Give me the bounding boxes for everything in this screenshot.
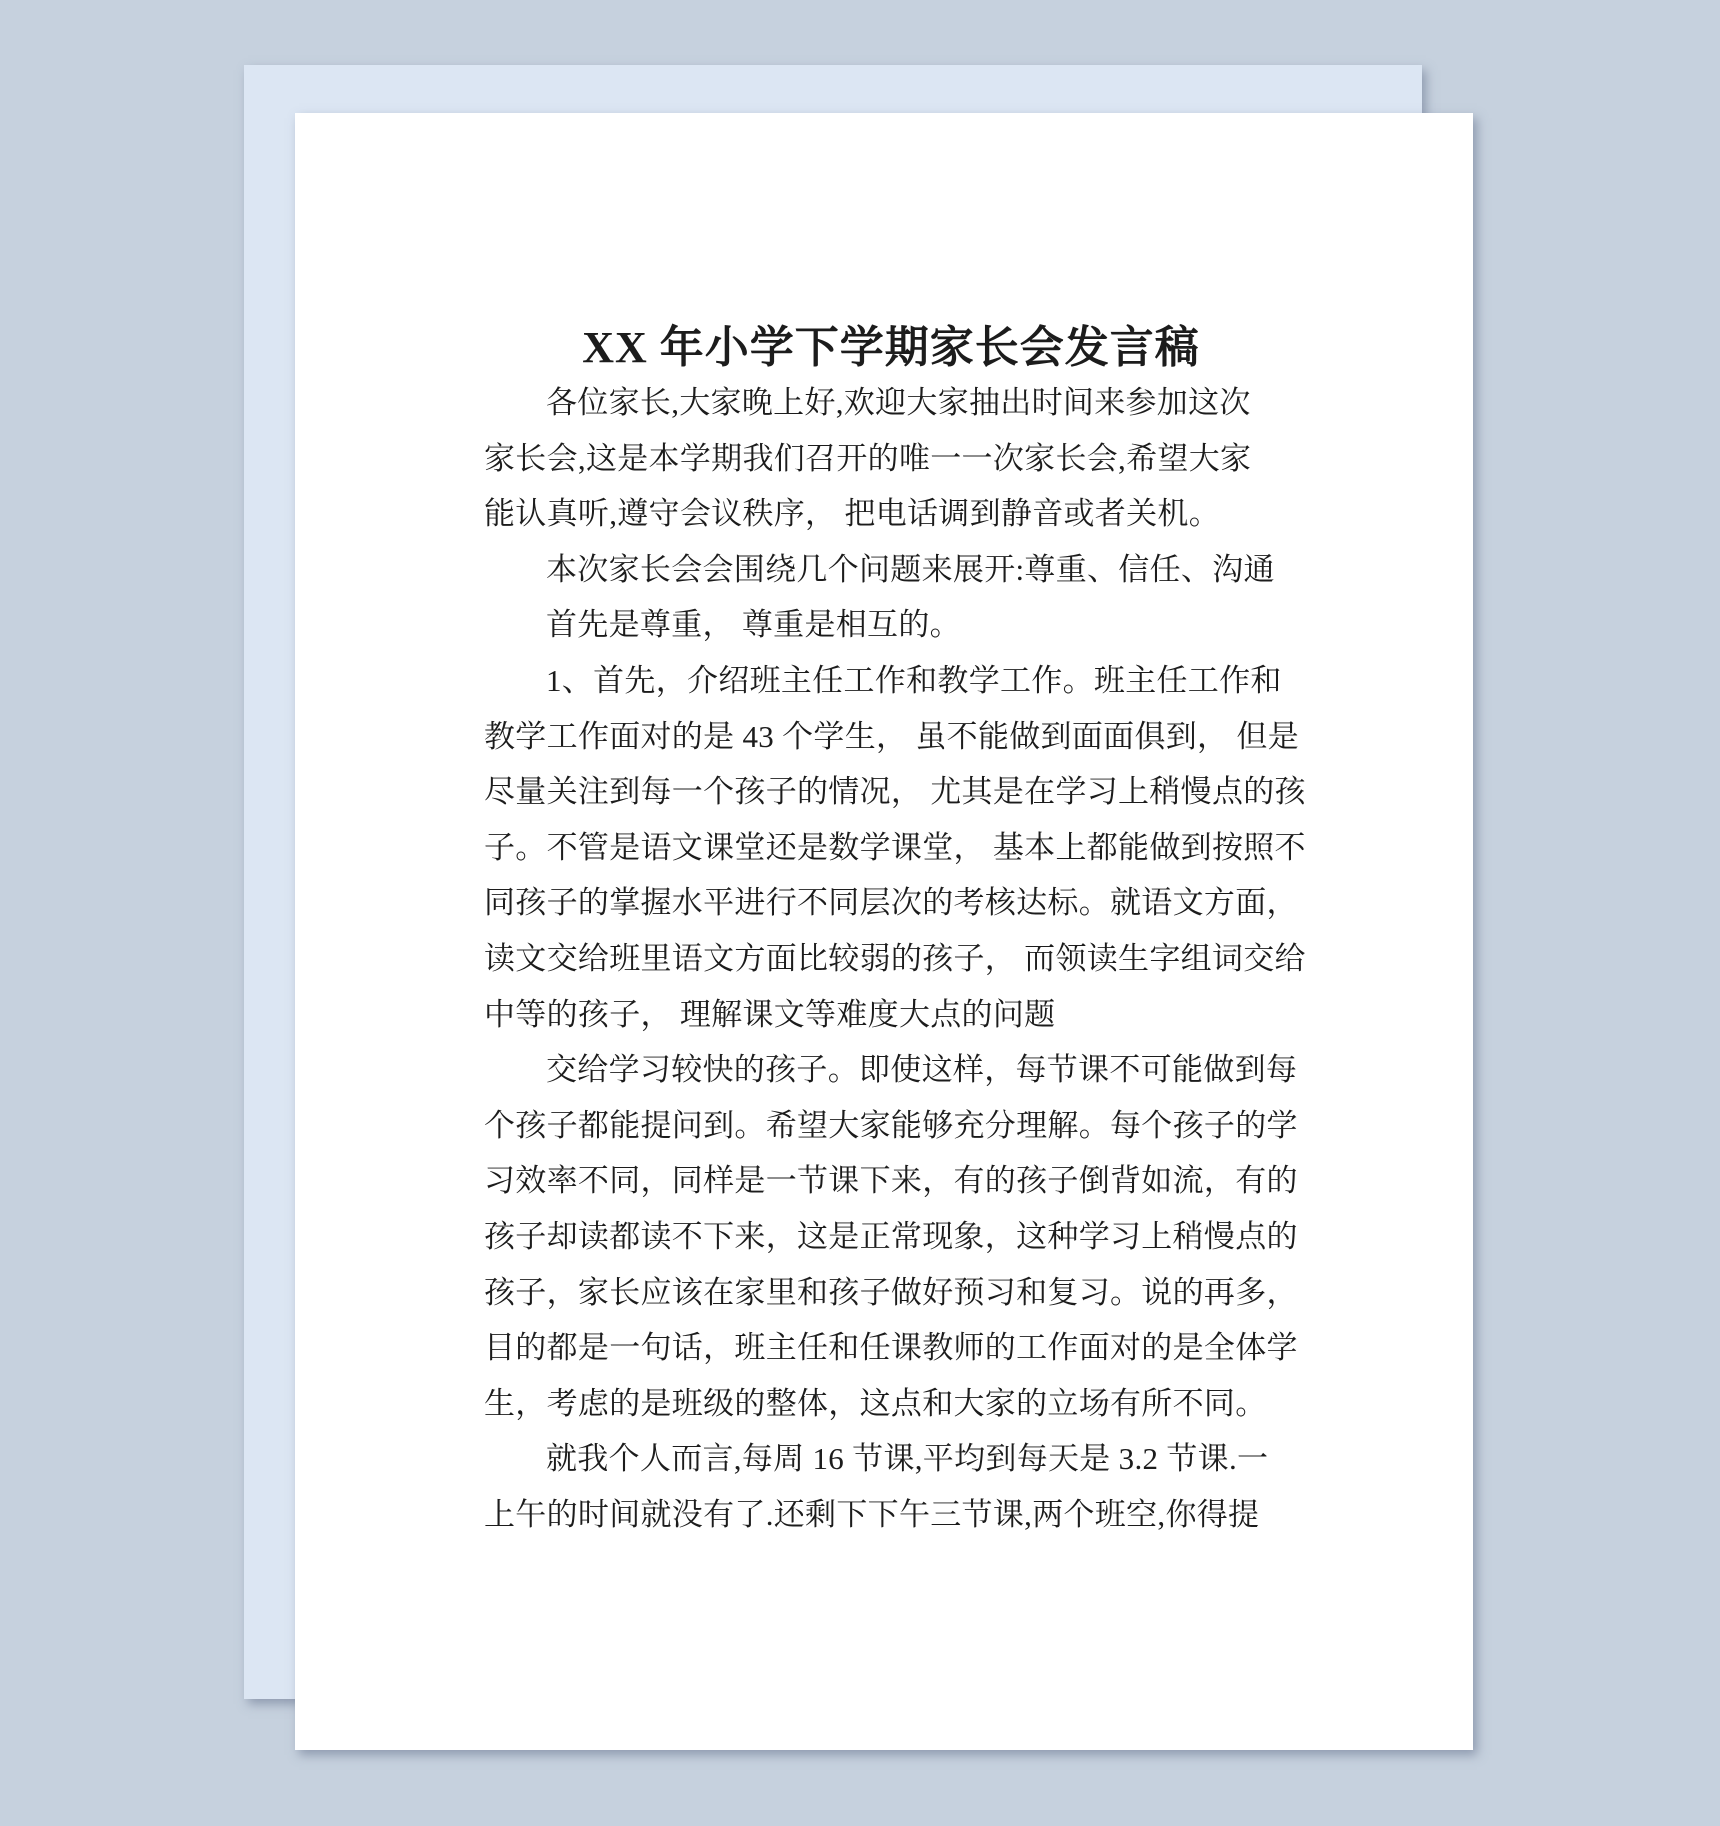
- document-body: 各位家长,大家晚上好,欢迎大家抽出时间来参加这次家长会,这是本学期我们召开的唯一…: [484, 375, 1298, 1542]
- text-line: 个孩子都能提问到。希望大家能够充分理解。每个孩子的学: [484, 1098, 1298, 1154]
- text-line: 同孩子的掌握水平进行不同层次的考核达标。就语文方面，: [484, 875, 1298, 931]
- document-page: XX 年小学下学期家长会发言稿 各位家长,大家晚上好,欢迎大家抽出时间来参加这次…: [295, 113, 1473, 1750]
- text-line: 教学工作面对的是 43 个学生， 虽不能做到面面俱到， 但是: [484, 709, 1298, 765]
- document-title: XX 年小学下学期家长会发言稿: [484, 321, 1298, 375]
- text-line: 孩子，家长应该在家里和孩子做好预习和复习。说的再多，: [484, 1265, 1298, 1321]
- text-line: 首先是尊重， 尊重是相互的。: [484, 597, 1298, 653]
- text-line: 生，考虑的是班级的整体，这点和大家的立场有所不同。: [484, 1376, 1298, 1432]
- text-line: 家长会,这是本学期我们召开的唯一一次家长会,希望大家: [484, 431, 1298, 487]
- text-line: 能认真听,遵守会议秩序， 把电话调到静音或者关机。: [484, 486, 1298, 542]
- text-line: 读文交给班里语文方面比较弱的孩子， 而领读生字组词交给: [484, 931, 1298, 987]
- text-line: 中等的孩子， 理解课文等难度大点的问题: [484, 987, 1298, 1043]
- text-line: 各位家长,大家晚上好,欢迎大家抽出时间来参加这次: [484, 375, 1298, 431]
- text-line: 孩子却读都读不下来，这是正常现象，这种学习上稍慢点的: [484, 1209, 1298, 1265]
- text-line: 目的都是一句话，班主任和任课教师的工作面对的是全体学: [484, 1320, 1298, 1376]
- text-line: 本次家长会会围绕几个问题来展开:尊重、信任、沟通: [484, 542, 1298, 598]
- text-line: 就我个人而言,每周 16 节课,平均到每天是 3.2 节课.一: [484, 1431, 1298, 1487]
- desktop-background: XX 年小学下学期家长会发言稿 各位家长,大家晚上好,欢迎大家抽出时间来参加这次…: [0, 0, 1720, 1826]
- document-content: XX 年小学下学期家长会发言稿 各位家长,大家晚上好,欢迎大家抽出时间来参加这次…: [484, 321, 1298, 1542]
- text-line: 1、首先，介绍班主任工作和教学工作。班主任工作和: [484, 653, 1298, 709]
- text-line: 子。不管是语文课堂还是数学课堂， 基本上都能做到按照不: [484, 820, 1298, 876]
- text-line: 交给学习较快的孩子。即使这样，每节课不可能做到每: [484, 1042, 1298, 1098]
- text-line: 上午的时间就没有了.还剩下下午三节课,两个班空,你得提: [484, 1487, 1298, 1543]
- text-line: 尽量关注到每一个孩子的情况， 尤其是在学习上稍慢点的孩: [484, 764, 1298, 820]
- text-line: 习效率不同，同样是一节课下来，有的孩子倒背如流，有的: [484, 1153, 1298, 1209]
